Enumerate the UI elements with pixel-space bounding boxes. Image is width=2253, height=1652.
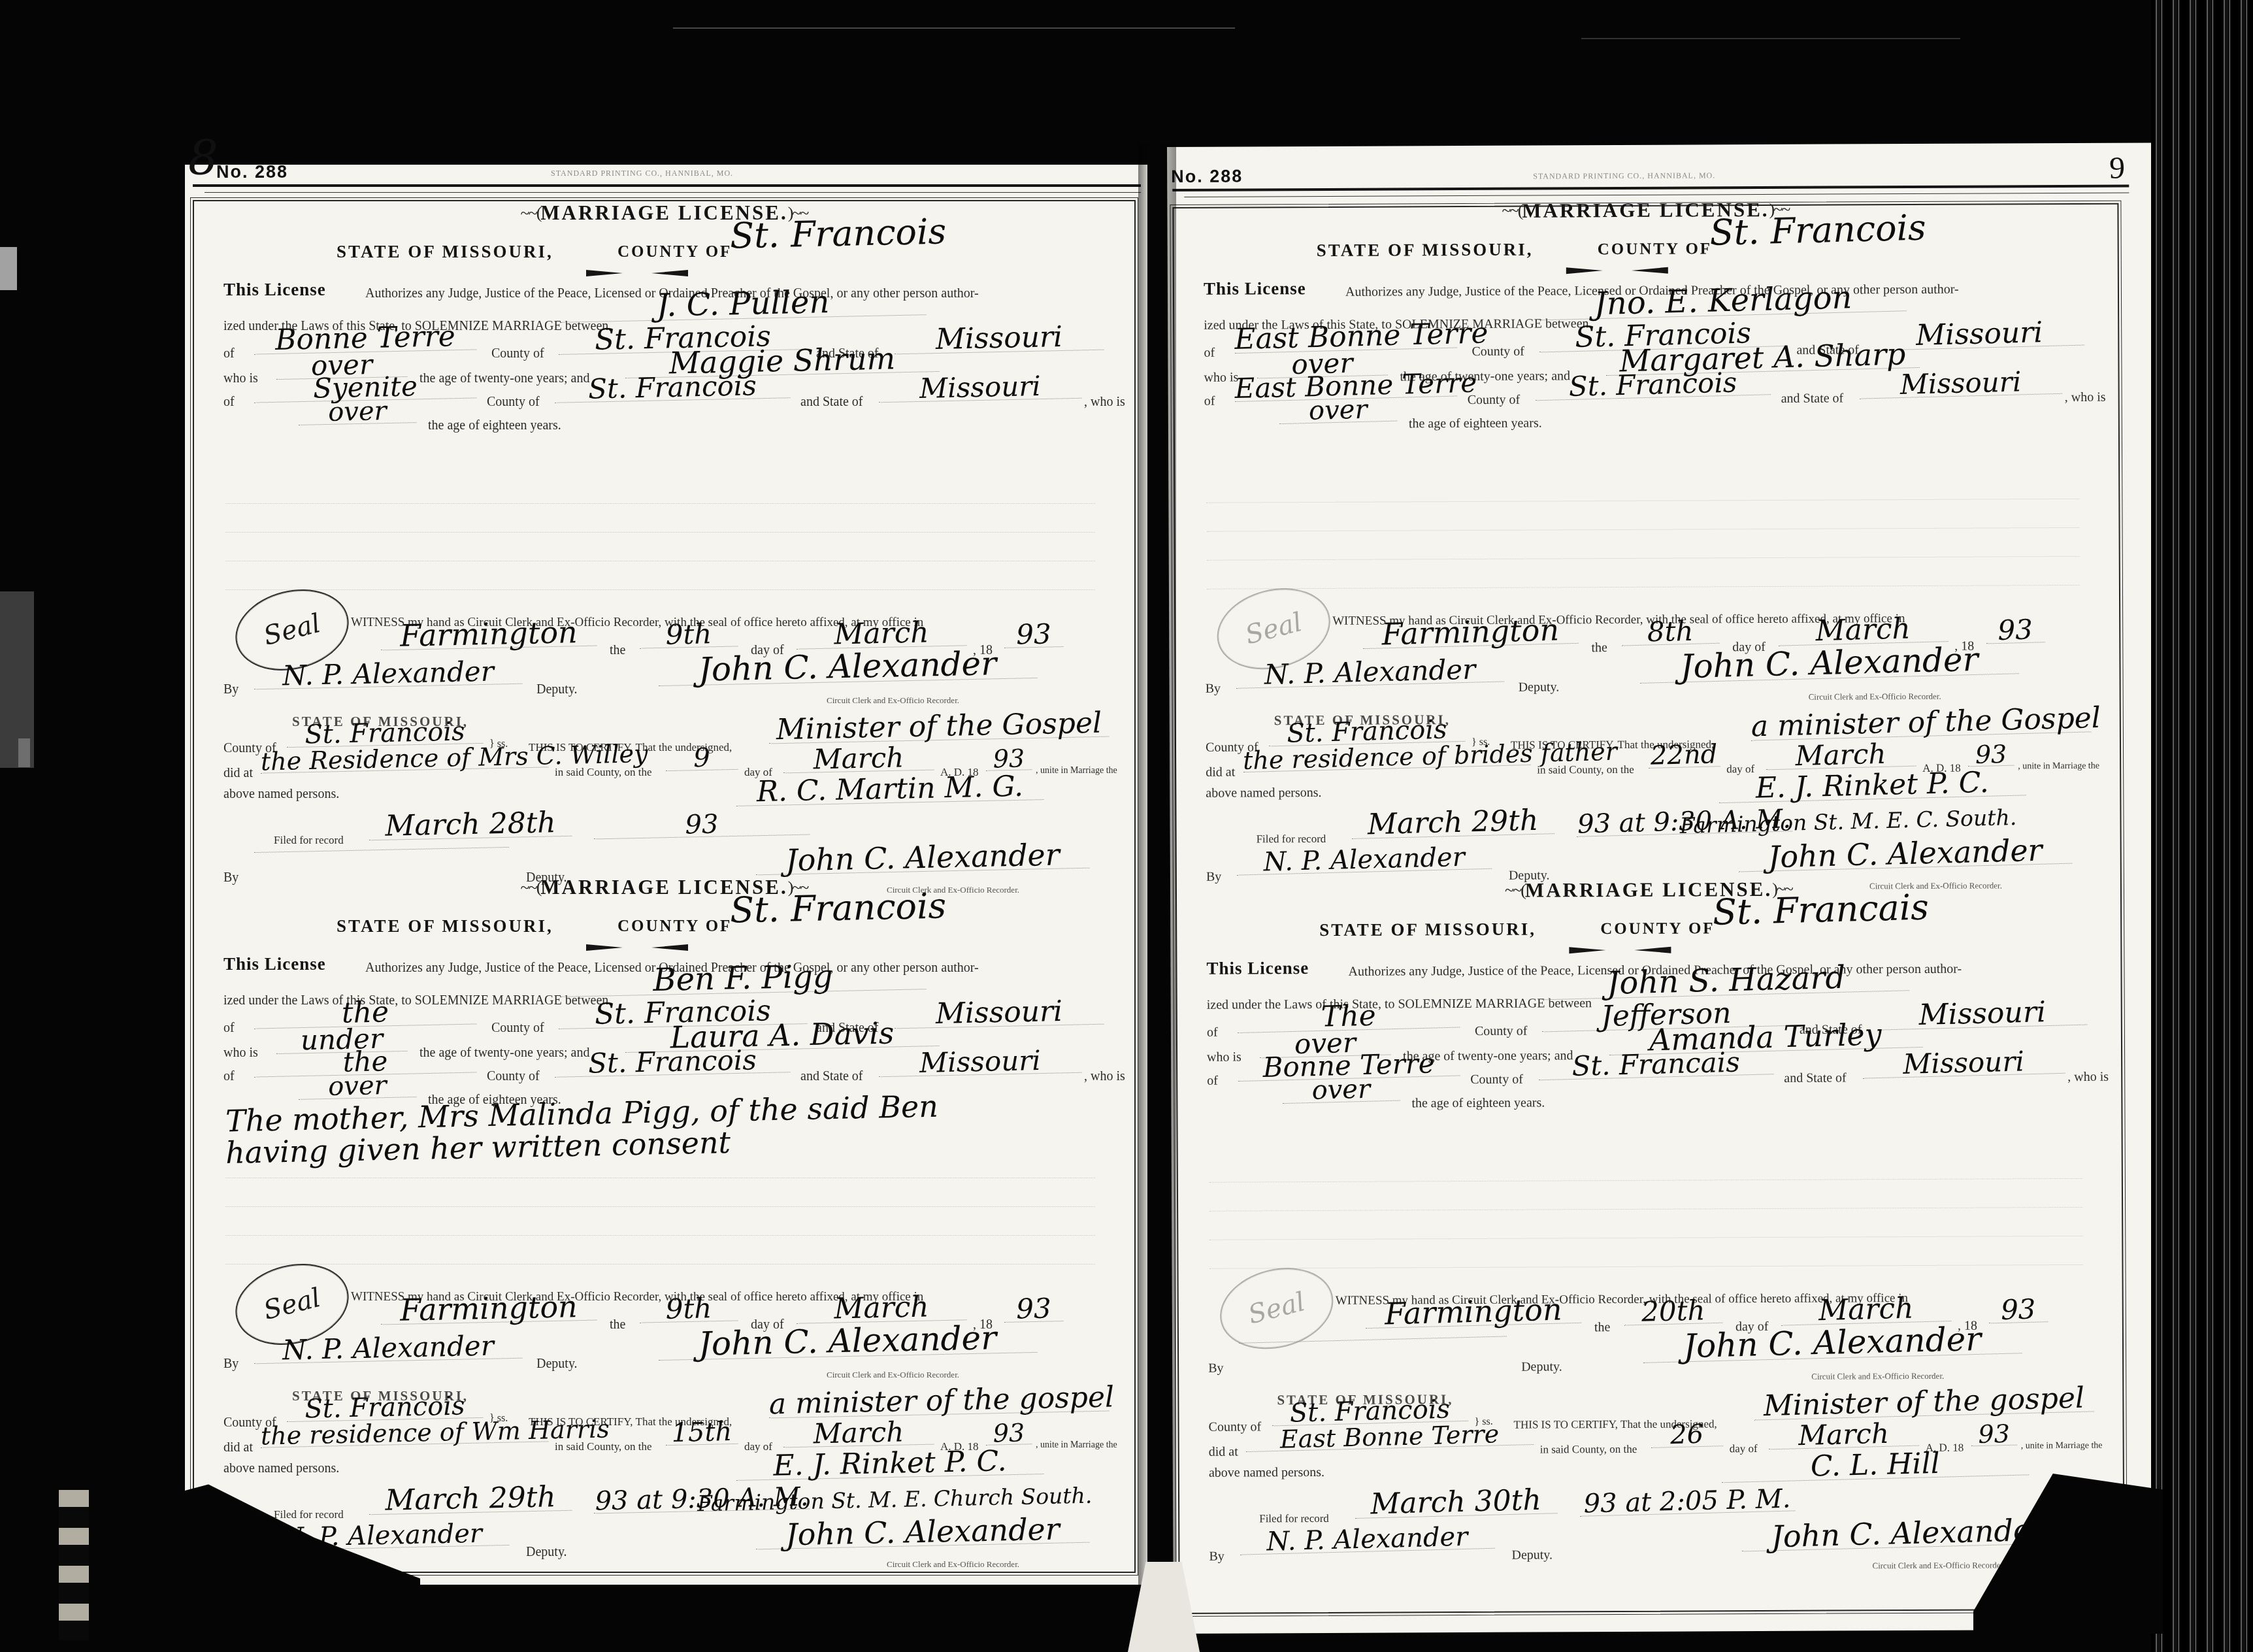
cert-day: 15th bbox=[666, 1420, 738, 1445]
and-state-of-label-2: and State of bbox=[1784, 1070, 1847, 1085]
who-is-suffix-label: , who is bbox=[2065, 390, 2106, 405]
arrow-ornament-icon bbox=[194, 942, 1134, 950]
microfilm-scan: { "scan": { "left_page_number": "8", "ri… bbox=[0, 0, 2253, 1652]
filed-label: Filed for record bbox=[1257, 833, 1326, 846]
county-heading: COUNTY OF bbox=[617, 243, 732, 261]
who-is-label: who is bbox=[1204, 371, 1238, 386]
bride-age: over bbox=[1282, 1077, 1400, 1104]
arrow-ornament-icon bbox=[194, 268, 1134, 276]
above-persons-label: above named persons. bbox=[223, 787, 339, 802]
and-state-of-label-2: and State of bbox=[800, 1069, 863, 1084]
blank-rule bbox=[225, 589, 1095, 590]
cert-place: the Residence of Mrs C. Willey bbox=[261, 744, 549, 773]
witness-clerk-signature: John C. Alexander bbox=[658, 1323, 1038, 1361]
witness-deputy-signature: N. P. Alexander bbox=[254, 1333, 523, 1364]
flourish-left-icon: ~~( bbox=[521, 203, 541, 222]
above-persons-label: above named persons. bbox=[1206, 785, 1321, 801]
witness-place: Farmington bbox=[381, 1293, 597, 1325]
witness-month: March bbox=[797, 1293, 967, 1323]
above-persons-label: above named persons. bbox=[223, 1461, 339, 1476]
license-title: ~~(MARRIAGE LICENSE.)~~ bbox=[194, 201, 1134, 225]
consent-note-line2: having given her written consent bbox=[225, 1129, 731, 1167]
printer-imprint: STANDARD PRINTING CO., HANNIBAL, MO. bbox=[551, 169, 733, 178]
county-of-label-2: County of bbox=[1468, 393, 1521, 408]
cert-year: 93 bbox=[1971, 1423, 2017, 1447]
flourish-left-icon: ~~( bbox=[521, 878, 541, 897]
county-heading: COUNTY OF bbox=[1600, 919, 1715, 938]
county-of-label: County of bbox=[491, 346, 544, 361]
witness-day: 20th bbox=[1624, 1298, 1722, 1326]
bride-age: over bbox=[1279, 397, 1397, 425]
record-book-page-right: No. 288 STANDARD PRINTING CO., HANNIBAL,… bbox=[1167, 142, 2162, 1634]
bride-age: over bbox=[299, 1073, 417, 1100]
cert-place: East Bonne Terre bbox=[1245, 1422, 1534, 1452]
county-of-label-2: County of bbox=[1470, 1072, 1523, 1087]
county-of-label-2: County of bbox=[487, 395, 540, 410]
county-of-label: County of bbox=[1472, 344, 1524, 359]
age-18-label: the age of eighteen years. bbox=[428, 418, 561, 433]
deputy-label: Deputy. bbox=[1521, 1359, 1562, 1374]
blank-rule bbox=[225, 532, 1095, 533]
in-said-county-label: in said County, on the bbox=[555, 766, 652, 779]
state-heading: STATE OF MISSOURI, bbox=[1319, 919, 1536, 940]
officiant-signature: E. J. Rinket P. C. bbox=[1719, 768, 2026, 802]
in-said-county-label: in said County, on the bbox=[555, 1440, 652, 1453]
witness-deputy-signature: N. P. Alexander bbox=[1236, 656, 1504, 688]
blank-rule bbox=[1207, 556, 2080, 561]
bride-state: Missouri bbox=[879, 1048, 1082, 1077]
county-of-label: County of bbox=[491, 1021, 544, 1036]
unite-label: , unite in Marriage the bbox=[1036, 1440, 1117, 1451]
cert-day: 26 bbox=[1651, 1422, 1723, 1448]
witness-day: 8th bbox=[1621, 618, 1720, 646]
witness-year: 93 bbox=[1004, 621, 1064, 648]
deputy-label-2: Deputy. bbox=[526, 1545, 567, 1560]
of-label-2: of bbox=[223, 395, 235, 410]
blank-rule bbox=[1206, 499, 2079, 503]
blank-rule bbox=[1209, 1178, 2082, 1183]
who-is-suffix-label: , who is bbox=[1084, 1069, 1125, 1084]
county-of-label: County of bbox=[1475, 1024, 1528, 1039]
bride-state: Missouri bbox=[879, 373, 1082, 403]
cert-day: 9 bbox=[666, 746, 738, 771]
age-18-label: the age of eighteen years. bbox=[1411, 1095, 1545, 1111]
day-of-label-2: day of bbox=[1726, 763, 1754, 776]
who-is-suffix-label: , who is bbox=[1084, 395, 1125, 410]
by-label: By bbox=[1208, 1361, 1223, 1376]
witness-year: 93 bbox=[1988, 1297, 2048, 1323]
form-number: No. 288 bbox=[1171, 166, 1243, 186]
of-label: of bbox=[1207, 1025, 1218, 1040]
book-page-edges bbox=[2151, 0, 2253, 1652]
spine-shadow bbox=[1138, 144, 1176, 1588]
marriage-license-form-2: ~~(MARRIAGE LICENSE.)~~ STATE OF MISSOUR… bbox=[194, 865, 1134, 1574]
witness-day: 9th bbox=[640, 1295, 738, 1323]
license-title: ~~(MARRIAGE LICENSE.)~~ bbox=[1174, 197, 2117, 224]
deputy-label: Deputy. bbox=[536, 1357, 578, 1372]
the-label: the bbox=[1594, 1320, 1611, 1335]
officiant-signature: C. L. Hill bbox=[1721, 1448, 2029, 1482]
bride-county: St. Francais bbox=[1538, 1049, 1774, 1080]
of-label-2: of bbox=[1204, 394, 1215, 409]
cert-day: 22nd bbox=[1648, 742, 1720, 768]
cert-month: March bbox=[783, 745, 934, 774]
by-label: By bbox=[223, 682, 238, 697]
arrow-ornament-icon bbox=[1174, 263, 2118, 275]
cert-year: 93 bbox=[986, 1421, 1032, 1445]
of-label-2: of bbox=[1207, 1074, 1218, 1089]
witness-deputy-signature: N. P. Alexander bbox=[254, 659, 523, 689]
witness-clerk-signature: John C. Alexander bbox=[1639, 644, 2019, 684]
bride-county: St. Francois bbox=[555, 1047, 791, 1077]
and-state-of-label-2: and State of bbox=[1781, 391, 1844, 406]
county-handwritten: St. Francais bbox=[1713, 891, 1930, 929]
filed-year-time: 93 at 2:05 P. M. bbox=[1579, 1487, 1796, 1516]
cert-year: 93 bbox=[986, 747, 1032, 771]
blank-rule bbox=[1207, 527, 2080, 532]
marriage-license-form-1: ~~(MARRIAGE LICENSE.)~~ STATE OF MISSOUR… bbox=[194, 191, 1134, 900]
clerk-title-label: Circuit Clerk and Ex-Officio Recorder. bbox=[1809, 691, 1941, 702]
the-label: the bbox=[610, 1317, 625, 1332]
blank-rule bbox=[225, 561, 1095, 561]
unite-label: , unite in Marriage the bbox=[2021, 1441, 2103, 1452]
this-license-label: This License bbox=[1204, 278, 1306, 299]
form-number: No. 288 bbox=[216, 162, 288, 182]
blank-rule bbox=[1209, 1264, 2082, 1269]
who-is-suffix-label: , who is bbox=[2067, 1070, 2109, 1085]
the-label: the bbox=[1591, 640, 1607, 655]
officiant-signature: R. C. Martin M. G. bbox=[736, 773, 1044, 806]
county-handwritten: St. Francois bbox=[730, 891, 947, 927]
marriage-license-form-4: ~~(MARRIAGE LICENSE.)~~ STATE OF MISSOUR… bbox=[1177, 866, 2124, 1579]
filed-date: March 29th bbox=[1351, 807, 1554, 838]
blank-rule bbox=[225, 1206, 1095, 1207]
film-scratch bbox=[1581, 38, 1960, 39]
record-book-page-left: No. 288 STANDARD PRINTING CO., HANNIBAL,… bbox=[185, 165, 1147, 1585]
day-of-label-2: day of bbox=[744, 1440, 772, 1453]
witness-place: Farmington bbox=[381, 619, 597, 651]
blank-rule bbox=[225, 503, 1095, 504]
filed-date: March 28th bbox=[369, 810, 572, 840]
blank-rule bbox=[225, 1178, 1095, 1178]
in-said-county-label: in said County, on the bbox=[1537, 763, 1634, 777]
county-heading: COUNTY OF bbox=[1598, 240, 1713, 259]
witness-place: Farmington bbox=[1365, 1296, 1581, 1329]
license-title: ~~(MARRIAGE LICENSE.)~~ bbox=[1177, 876, 2120, 904]
filed-year-time: 93 bbox=[594, 811, 810, 840]
county-of-label-2: County of bbox=[487, 1069, 540, 1084]
above-persons-label: above named persons. bbox=[1209, 1465, 1324, 1481]
of-label: of bbox=[223, 346, 235, 361]
cert-month: March bbox=[783, 1419, 934, 1448]
age-18-label: the age of eighteen years. bbox=[1409, 416, 1542, 432]
groom-name: Jno. E. Kerlagon bbox=[1540, 282, 1907, 320]
film-nick bbox=[0, 247, 17, 290]
filed-by-signature bbox=[254, 847, 509, 853]
filed-label: Filed for record bbox=[1259, 1512, 1329, 1525]
page-number-left: 8 bbox=[188, 131, 218, 186]
witness-clerk-signature: John C. Alexander bbox=[658, 648, 1038, 686]
of-label: of bbox=[1204, 346, 1215, 361]
filed-clerk-signature: John C. Alexander bbox=[756, 1515, 1090, 1550]
cert-year: 93 bbox=[1968, 743, 2015, 767]
header-rule bbox=[193, 184, 1141, 187]
blank-rule bbox=[1209, 1207, 2082, 1212]
county-handwritten: St. Francois bbox=[730, 216, 947, 253]
filed-date: March 29th bbox=[369, 1484, 572, 1515]
county-handwritten: St. Francois bbox=[1709, 212, 1926, 249]
cert-month: March bbox=[1766, 741, 1916, 770]
witness-month: March bbox=[797, 619, 967, 649]
flourish-left-icon: ~~( bbox=[1505, 881, 1525, 900]
filed-year-time: 93 at 9:30 A. M. bbox=[594, 1485, 810, 1514]
clerk-title-label: Circuit Clerk and Ex-Officio Recorder. bbox=[1811, 1371, 1944, 1382]
did-at-label: did at bbox=[1206, 765, 1235, 780]
who-is-label: who is bbox=[223, 1046, 258, 1061]
deputy-label-2: Deputy. bbox=[1511, 1547, 1553, 1562]
bride-county: St. Francois bbox=[1535, 369, 1771, 401]
of-label: of bbox=[223, 1021, 235, 1036]
printer-imprint: STANDARD PRINTING CO., HANNIBAL, MO. bbox=[1533, 171, 1715, 181]
state-heading: STATE OF MISSOURI, bbox=[1317, 240, 1534, 261]
bride-state: Missouri bbox=[1859, 369, 2062, 399]
officiant-signature: E. J. Rinket P. C. bbox=[736, 1447, 1044, 1480]
cert-officiant-desc: a minister of the gospel bbox=[769, 1385, 1110, 1418]
by-label: By bbox=[1206, 682, 1221, 697]
license-title: ~~(MARRIAGE LICENSE.)~~ bbox=[194, 876, 1134, 899]
binding-edge-marks bbox=[59, 1490, 89, 1640]
filed-label: Filed for record bbox=[274, 834, 344, 847]
who-is-label: who is bbox=[223, 371, 258, 386]
flourish-left-icon: ~~( bbox=[1502, 201, 1522, 220]
the-label: the bbox=[610, 643, 625, 658]
day-of-label-2: day of bbox=[1730, 1442, 1758, 1455]
witness-year: 93 bbox=[1986, 617, 2045, 644]
state-heading: STATE OF MISSOURI, bbox=[337, 916, 553, 936]
bride-state: Missouri bbox=[1862, 1048, 2065, 1079]
cert-officiant-desc: a minister of the Gospel bbox=[1751, 705, 2091, 740]
county-heading: COUNTY OF bbox=[617, 917, 732, 936]
marriage-license-form-3: ~~(MARRIAGE LICENSE.)~~ STATE OF MISSOUR… bbox=[1174, 186, 2120, 899]
by-label-2: By bbox=[1209, 1549, 1224, 1564]
clerk-title-label: Circuit Clerk and Ex-Officio Recorder. bbox=[827, 1370, 959, 1380]
of-label-2: of bbox=[223, 1069, 235, 1084]
blank-rule bbox=[225, 1264, 1095, 1264]
filed-year-time: 93 at 9:30 A. M. bbox=[1576, 807, 1792, 836]
film-smudge bbox=[18, 738, 30, 767]
clerk-seal: Seal bbox=[1211, 1256, 1342, 1361]
and-state-of-label-2: and State of bbox=[800, 395, 863, 410]
witness-clerk-signature: John C. Alexander bbox=[1643, 1323, 2022, 1363]
cert-officiant-desc: Minister of the gospel bbox=[1754, 1385, 2094, 1420]
bride-age: over bbox=[299, 399, 417, 425]
witness-day: 9th bbox=[640, 621, 738, 648]
cert-month: March bbox=[1768, 1421, 1919, 1450]
clerk-title-label-2: Circuit Clerk and Ex-Officio Recorder. bbox=[1872, 1560, 2005, 1571]
page-number-right: 9 bbox=[2109, 150, 2125, 186]
film-scratch bbox=[673, 27, 1235, 29]
did-at-label: did at bbox=[223, 1440, 253, 1455]
filed-date: March 30th bbox=[1355, 1487, 1558, 1518]
unite-label: , unite in Marriage the bbox=[1036, 766, 1117, 776]
arrow-ornament-icon bbox=[1177, 943, 2120, 955]
this-license-label: This License bbox=[223, 954, 326, 974]
filed-by-signature: N. P. Alexander bbox=[1240, 1525, 1495, 1555]
this-license-label: This License bbox=[223, 280, 326, 300]
deputy-label: Deputy. bbox=[536, 682, 578, 697]
clerk-title-label: Circuit Clerk and Ex-Officio Recorder. bbox=[827, 695, 959, 706]
filed-label: Filed for record bbox=[274, 1508, 344, 1521]
witness-place: Farmington bbox=[1362, 616, 1579, 650]
state-heading: STATE OF MISSOURI, bbox=[337, 242, 553, 262]
cert-place: the residence of brides father bbox=[1243, 742, 1531, 772]
blank-rule bbox=[1207, 585, 2080, 589]
who-is-label: who is bbox=[1207, 1050, 1242, 1065]
did-at-label: did at bbox=[1209, 1445, 1238, 1460]
unite-label: , unite in Marriage the bbox=[2018, 761, 2099, 772]
this-license-label: This License bbox=[1206, 958, 1309, 979]
cert-place: the residence of Wm Harris bbox=[261, 1419, 549, 1447]
by-label: By bbox=[223, 1357, 238, 1372]
did-at-label: did at bbox=[223, 766, 253, 781]
witness-year: 93 bbox=[1004, 1296, 1064, 1323]
blank-rule bbox=[1209, 1236, 2082, 1240]
deputy-label: Deputy. bbox=[1519, 680, 1560, 695]
bride-county: St. Francois bbox=[555, 372, 791, 403]
cert-officiant-desc: Minister of the Gospel bbox=[769, 710, 1110, 744]
clerk-title-label-2: Circuit Clerk and Ex-Officio Recorder. bbox=[887, 1559, 1019, 1570]
in-said-county-label: in said County, on the bbox=[1540, 1443, 1637, 1457]
blank-rule bbox=[225, 1235, 1095, 1236]
